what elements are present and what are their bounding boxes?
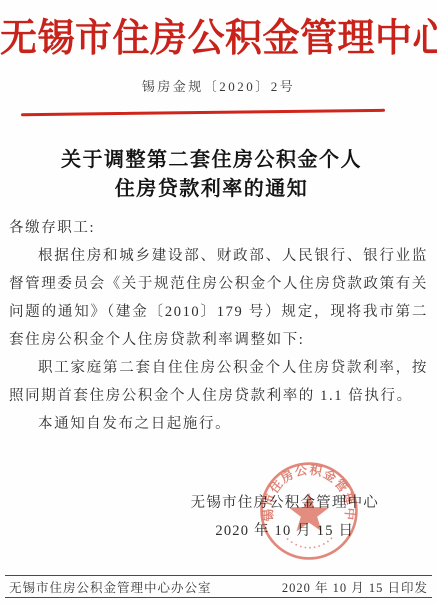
official-document-page: 无锡市住房公积金管理中心 锡房金规〔2020〕2号 关于调整第二套住房公积金个人…: [0, 0, 437, 604]
signature-block: 无锡市住房公积金管理中心 2020 年 10 月 15 日: [191, 489, 379, 545]
signature-date: 2020 年 10 月 15 日: [191, 517, 379, 545]
document-number: 锡房金规〔2020〕2号: [0, 76, 437, 95]
body-paragraph-1: 根据住房和城乡建设部、财政部、人民银行、银行业监督管理委员会《关于规范住房公积金…: [9, 242, 428, 354]
body-paragraph-2: 职工家庭第二套自住住房公积金个人住房贷款利率，按照同期首套住房公积金个人住房贷款…: [9, 354, 428, 410]
notice-title-line2: 住房贷款利率的通知: [0, 175, 423, 204]
red-divider-rule: [21, 109, 385, 116]
document-header-org-title: 无锡市住房公积金管理中心: [0, 6, 437, 63]
signature-issuer: 无锡市住房公积金管理中心: [191, 489, 379, 517]
footer-office: 无锡市住房公积金管理中心办公室: [9, 578, 212, 596]
footer-print-date: 2020 年 10 月 15 日印发: [282, 578, 428, 596]
notice-body: 各缴存职工: 根据住房和城乡建设部、财政部、人民银行、银行业监督管理委员会《关于…: [9, 214, 428, 438]
notice-title: 关于调整第二套住房公积金个人 住房贷款利率的通知: [0, 146, 423, 204]
document-footer: 无锡市住房公积金管理中心办公室 2020 年 10 月 15 日印发: [5, 575, 432, 598]
notice-title-line1: 关于调整第二套住房公积金个人: [0, 146, 423, 175]
body-paragraph-3: 本通知自发布之日起施行。: [9, 410, 428, 438]
salutation: 各缴存职工:: [9, 214, 428, 242]
